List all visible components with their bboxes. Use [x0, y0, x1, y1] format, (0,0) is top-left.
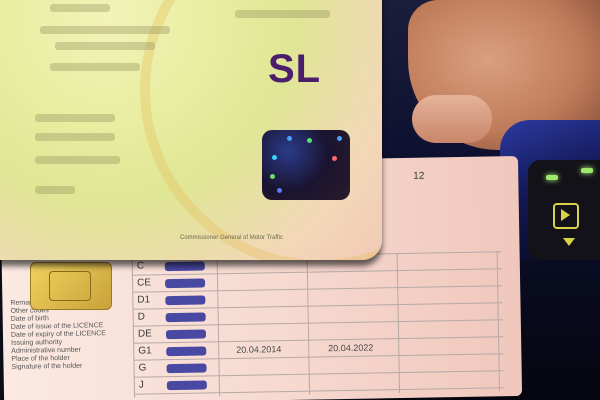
category-g1: G1	[138, 345, 152, 356]
finger	[412, 95, 492, 143]
blurred-text	[50, 4, 110, 12]
blurred-text	[35, 114, 115, 122]
vehicle-stamp-icon	[166, 346, 206, 356]
play-triangle-icon	[553, 203, 579, 229]
category-de: DE	[138, 328, 152, 339]
blurred-text	[55, 42, 155, 50]
category-d: D	[138, 311, 145, 322]
blurred-text	[35, 186, 75, 194]
vehicle-stamp-icon	[166, 312, 206, 322]
issue-date: 20.04.2014	[236, 344, 281, 355]
down-arrow-icon	[563, 238, 575, 246]
driving-licence-card: SL Commissioner General of Motor Traffic	[0, 0, 382, 260]
security-pattern	[140, 0, 382, 260]
led-indicator-icon	[581, 168, 593, 173]
vehicle-stamp-icon	[166, 329, 206, 339]
category-c: C	[137, 261, 144, 272]
category-ce: CE	[137, 277, 151, 288]
blurred-text	[235, 10, 330, 18]
legend-line: Date of birth	[11, 315, 49, 323]
corner-number: 12	[413, 171, 424, 182]
vehicle-stamp-icon	[167, 380, 207, 390]
blurred-text	[40, 26, 170, 34]
legend-line: Administrative number	[11, 347, 81, 355]
smart-chip-icon	[30, 262, 112, 310]
legend-line: Date of expiry of the LICENCE	[11, 330, 106, 339]
vehicle-stamp-icon	[167, 363, 207, 373]
country-code: SL	[268, 47, 321, 92]
blurred-text	[50, 63, 140, 71]
legend-line: Place of the holder	[11, 355, 69, 363]
expiry-date: 20.04.2022	[328, 343, 373, 354]
category-j: J	[139, 380, 144, 391]
category-d1: D1	[137, 294, 150, 305]
legend-line: Signature of the holder	[11, 363, 82, 371]
blurred-text	[35, 133, 115, 141]
legend-line: Issuing authority	[11, 339, 62, 347]
issuing-authority: Commissioner General of Motor Traffic	[180, 235, 283, 241]
vehicle-stamp-icon	[165, 295, 205, 305]
led-indicator-icon	[546, 175, 558, 180]
hologram-icon	[262, 130, 350, 200]
blurred-text	[35, 156, 120, 164]
vehicle-stamp-icon	[165, 261, 205, 271]
category-g: G	[138, 362, 146, 373]
vehicle-stamp-icon	[165, 278, 205, 288]
